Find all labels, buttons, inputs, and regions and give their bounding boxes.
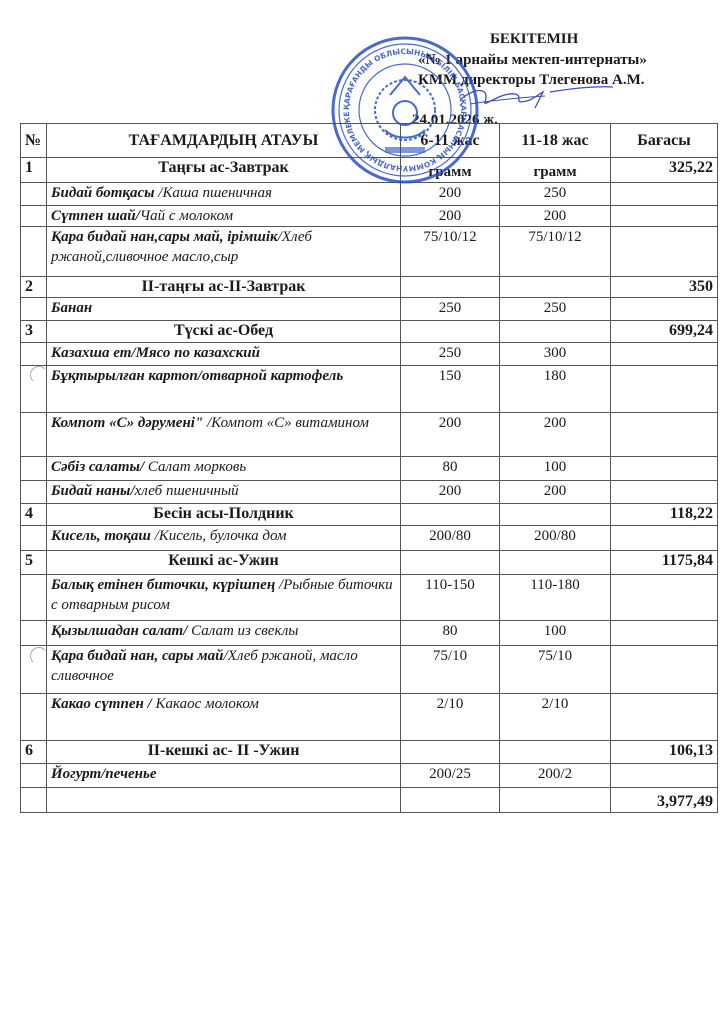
- table-row: Бұқтырылған картоп/отварной картофель150…: [21, 366, 718, 413]
- approval-school: «№ 1 арнайы мектеп-интернаты»: [418, 51, 647, 70]
- portion-age-11-18: 200: [500, 481, 611, 504]
- meal-title: Түскі ас-Обед: [47, 321, 401, 343]
- portion-age-6-11: 75/10/12: [401, 227, 500, 277]
- empty-cell: [611, 457, 718, 481]
- portion-age-11-18: 110-180: [500, 575, 611, 621]
- portion-age-6-11: 250: [401, 298, 500, 321]
- empty-cell: [611, 227, 718, 277]
- empty-cell: [21, 206, 47, 227]
- table-row: Банан250250: [21, 298, 718, 321]
- portion-age-11-18: 200: [500, 413, 611, 457]
- empty-cell: [611, 764, 718, 788]
- dish-name: Йогурт/печенье: [47, 764, 401, 788]
- total-row: 3,977,49: [21, 788, 718, 813]
- empty-cell: [611, 343, 718, 366]
- dish-name-russian: Какаос молоком: [155, 696, 258, 712]
- dish-name: Бидай ботқасы /Каша пшеничная: [47, 183, 401, 206]
- empty-cell: [611, 694, 718, 741]
- dish-name-kazakh: Банан: [51, 300, 92, 316]
- unit-age-11-18: грамм: [500, 158, 611, 183]
- dish-name: Балық етінен биточки, күрішпең /Рыбные б…: [47, 575, 401, 621]
- empty-cell: [611, 646, 718, 694]
- empty-cell: [611, 413, 718, 457]
- unit-age-11-18: [500, 277, 611, 298]
- empty-cell: [21, 764, 47, 788]
- meal-row: 2ІІ-таңғы ас-ІІ-Завтрак350: [21, 277, 718, 298]
- meal-price: 350: [611, 277, 718, 298]
- empty-cell: [611, 621, 718, 646]
- meal-title: Бесін асы-Полдник: [47, 504, 401, 526]
- portion-age-6-11: 75/10: [401, 646, 500, 694]
- portion-age-6-11: 2/10: [401, 694, 500, 741]
- dish-name-kazakh: Йогурт/печенье: [51, 766, 156, 782]
- portion-age-11-18: 100: [500, 621, 611, 646]
- unit-age-11-18: [500, 741, 611, 764]
- table-row: Балық етінен биточки, күрішпең /Рыбные б…: [21, 575, 718, 621]
- portion-age-11-18: 100: [500, 457, 611, 481]
- empty-cell: [47, 788, 401, 813]
- meal-title: Таңғы ас-Завтрак: [47, 158, 401, 183]
- dish-name: Банан: [47, 298, 401, 321]
- empty-cell: [21, 298, 47, 321]
- table-row: Қызылшадан салат/ Салат из свеклы80100: [21, 621, 718, 646]
- portion-age-6-11: 110-150: [401, 575, 500, 621]
- unit-age-6-11: [401, 277, 500, 298]
- portion-age-11-18: 75/10/12: [500, 227, 611, 277]
- empty-cell: [611, 298, 718, 321]
- menu-table: № ТАҒАМДАРДЫҢ АТАУЫ 6-11 жас 11-18 жас Б…: [20, 123, 718, 813]
- portion-age-6-11: 200: [401, 206, 500, 227]
- dish-name: Бидай наны/хлеб пшеничный: [47, 481, 401, 504]
- dish-name-kazakh: Бидай наны/: [51, 483, 135, 499]
- unit-age-6-11: [401, 741, 500, 764]
- table-row: Қара бидай нан, сары май/Хлеб ржаной, ма…: [21, 646, 718, 694]
- header-number: №: [21, 124, 47, 158]
- dish-name-kazakh: Сәбіз салаты/: [51, 459, 148, 475]
- dish-name-russian: /Кисель, булочка дом: [155, 528, 287, 544]
- dish-name-kazakh: Сүтпен шай/: [51, 208, 140, 224]
- dish-name: Компот «С» дәрумені" /Компот «С» витамин…: [47, 413, 401, 457]
- portion-age-6-11: 80: [401, 457, 500, 481]
- table-row: Компот «С» дәрумені" /Компот «С» витамин…: [21, 413, 718, 457]
- portion-age-11-18: 200: [500, 206, 611, 227]
- empty-cell: [401, 788, 500, 813]
- empty-cell: [500, 788, 611, 813]
- meal-price: 699,24: [611, 321, 718, 343]
- unit-age-6-11: [401, 321, 500, 343]
- table-row: Казахша ет/Мясо по казахский250300: [21, 343, 718, 366]
- signature-icon: [455, 82, 615, 112]
- portion-age-11-18: 180: [500, 366, 611, 413]
- meal-row: 3Түскі ас-Обед699,24: [21, 321, 718, 343]
- dish-name: Кисель, тоқаш /Кисель, булочка дом: [47, 526, 401, 551]
- table-row: Қара бидай нан,сары май, ірімшік/Хлеб рж…: [21, 227, 718, 277]
- dish-name-kazakh: Казахша ет/Мясо по казахский: [51, 345, 260, 361]
- empty-cell: [611, 481, 718, 504]
- empty-cell: [21, 575, 47, 621]
- meal-title: ІІ-таңғы ас-ІІ-Завтрак: [47, 277, 401, 298]
- dish-name-russian: /Компот «С» витамином: [207, 415, 369, 431]
- table-row: Йогурт/печенье200/25200/2: [21, 764, 718, 788]
- dish-name-russian: /Каша пшеничная: [158, 185, 272, 201]
- meal-price: 325,22: [611, 158, 718, 183]
- unit-age-6-11: [401, 504, 500, 526]
- dish-name-kazakh: Балық етінен биточки, күрішпең: [51, 577, 279, 593]
- empty-cell: [611, 366, 718, 413]
- empty-cell: [611, 575, 718, 621]
- dish-name-kazakh: Компот «С» дәрумені": [51, 415, 207, 431]
- meal-number: 6: [21, 741, 47, 764]
- empty-cell: [611, 183, 718, 206]
- dish-name-kazakh: Какао сүтпен /: [51, 696, 155, 712]
- dish-name-kazakh: Қара бидай нан, сары май: [51, 648, 224, 664]
- empty-cell: [21, 788, 47, 813]
- header-age-11-18: 11-18 жас: [500, 124, 611, 158]
- meal-price: 118,22: [611, 504, 718, 526]
- portion-age-6-11: 200: [401, 413, 500, 457]
- table-row: Сәбіз салаты/ Салат морковь80100: [21, 457, 718, 481]
- unit-age-11-18: [500, 551, 611, 575]
- empty-cell: [21, 343, 47, 366]
- empty-cell: [21, 621, 47, 646]
- dish-name: Қызылшадан салат/ Салат из свеклы: [47, 621, 401, 646]
- dish-name-russian: Чай с молоком: [140, 208, 233, 224]
- empty-cell: [21, 694, 47, 741]
- empty-cell: [21, 183, 47, 206]
- dish-name-kazakh: Бидай ботқасы: [51, 185, 158, 201]
- punch-hole-mark: [30, 366, 48, 384]
- portion-age-6-11: 200/25: [401, 764, 500, 788]
- meal-price: 1175,84: [611, 551, 718, 575]
- empty-cell: [21, 227, 47, 277]
- meal-title: ІІ-кешкі ас- ІІ -Ужин: [47, 741, 401, 764]
- empty-cell: [611, 206, 718, 227]
- unit-age-11-18: [500, 504, 611, 526]
- meal-number: 3: [21, 321, 47, 343]
- portion-age-11-18: 300: [500, 343, 611, 366]
- table-row: Кисель, тоқаш /Кисель, булочка дом200/80…: [21, 526, 718, 551]
- header-dish-name: ТАҒАМДАРДЫҢ АТАУЫ: [47, 124, 401, 158]
- portion-age-11-18: 75/10: [500, 646, 611, 694]
- portion-age-6-11: 250: [401, 343, 500, 366]
- dish-name: Бұқтырылған картоп/отварной картофель: [47, 366, 401, 413]
- unit-age-6-11: грамм: [401, 158, 500, 183]
- dish-name: Какао сүтпен / Какаос молоком: [47, 694, 401, 741]
- meal-price: 106,13: [611, 741, 718, 764]
- empty-cell: [21, 481, 47, 504]
- empty-cell: [21, 457, 47, 481]
- meal-row: 6ІІ-кешкі ас- ІІ -Ужин106,13: [21, 741, 718, 764]
- portion-age-6-11: 150: [401, 366, 500, 413]
- dish-name: Қара бидай нан, сары май/Хлеб ржаной, ма…: [47, 646, 401, 694]
- table-row: Бидай наны/хлеб пшеничный200200: [21, 481, 718, 504]
- portion-age-11-18: 250: [500, 298, 611, 321]
- empty-cell: [21, 526, 47, 551]
- table-row: Сүтпен шай/Чай с молоком200200: [21, 206, 718, 227]
- meal-number: 4: [21, 504, 47, 526]
- approval-title: БЕКІТЕМІН: [490, 30, 578, 49]
- dish-name-kazakh: Кисель, тоқаш: [51, 528, 155, 544]
- dish-name: Қара бидай нан,сары май, ірімшік/Хлеб рж…: [47, 227, 401, 277]
- meal-title: Кешкі ас-Ужин: [47, 551, 401, 575]
- total-price: 3,977,49: [611, 788, 718, 813]
- header-price: Бағасы: [611, 124, 718, 158]
- empty-cell: [21, 413, 47, 457]
- portion-age-6-11: 200: [401, 183, 500, 206]
- header-age-6-11: 6-11 жас: [401, 124, 500, 158]
- portion-age-6-11: 200/80: [401, 526, 500, 551]
- portion-age-6-11: 200: [401, 481, 500, 504]
- dish-name-kazakh: Бұқтырылған картоп/отварной картофель: [51, 368, 343, 384]
- unit-age-6-11: [401, 551, 500, 575]
- portion-age-11-18: 200/80: [500, 526, 611, 551]
- meal-number: 5: [21, 551, 47, 575]
- meal-number: 1: [21, 158, 47, 183]
- dish-name-kazakh: Қызылшадан салат/: [51, 623, 191, 639]
- dish-name-russian: Салат морковь: [148, 459, 246, 475]
- portion-age-11-18: 250: [500, 183, 611, 206]
- table-row: Какао сүтпен / Какаос молоком2/102/10: [21, 694, 718, 741]
- meal-row: 5Кешкі ас-Ужин1175,84: [21, 551, 718, 575]
- dish-name: Казахша ет/Мясо по казахский: [47, 343, 401, 366]
- meal-number: 2: [21, 277, 47, 298]
- punch-hole-mark: [30, 647, 48, 665]
- dish-name-russian: хлеб пшеничный: [135, 483, 239, 499]
- dish-name: Сәбіз салаты/ Салат морковь: [47, 457, 401, 481]
- portion-age-6-11: 80: [401, 621, 500, 646]
- dish-name-russian: Салат из свеклы: [191, 623, 298, 639]
- meal-row: 1Таңғы ас-Завтракграммграмм325,22: [21, 158, 718, 183]
- table-row: Бидай ботқасы /Каша пшеничная200250: [21, 183, 718, 206]
- table-header-row: № ТАҒАМДАРДЫҢ АТАУЫ 6-11 жас 11-18 жас Б…: [21, 124, 718, 158]
- dish-name: Сүтпен шай/Чай с молоком: [47, 206, 401, 227]
- dish-name-kazakh: Қара бидай нан,сары май, ірімшік: [51, 229, 278, 245]
- portion-age-11-18: 200/2: [500, 764, 611, 788]
- meal-row: 4Бесін асы-Полдник118,22: [21, 504, 718, 526]
- empty-cell: [611, 526, 718, 551]
- unit-age-11-18: [500, 321, 611, 343]
- portion-age-11-18: 2/10: [500, 694, 611, 741]
